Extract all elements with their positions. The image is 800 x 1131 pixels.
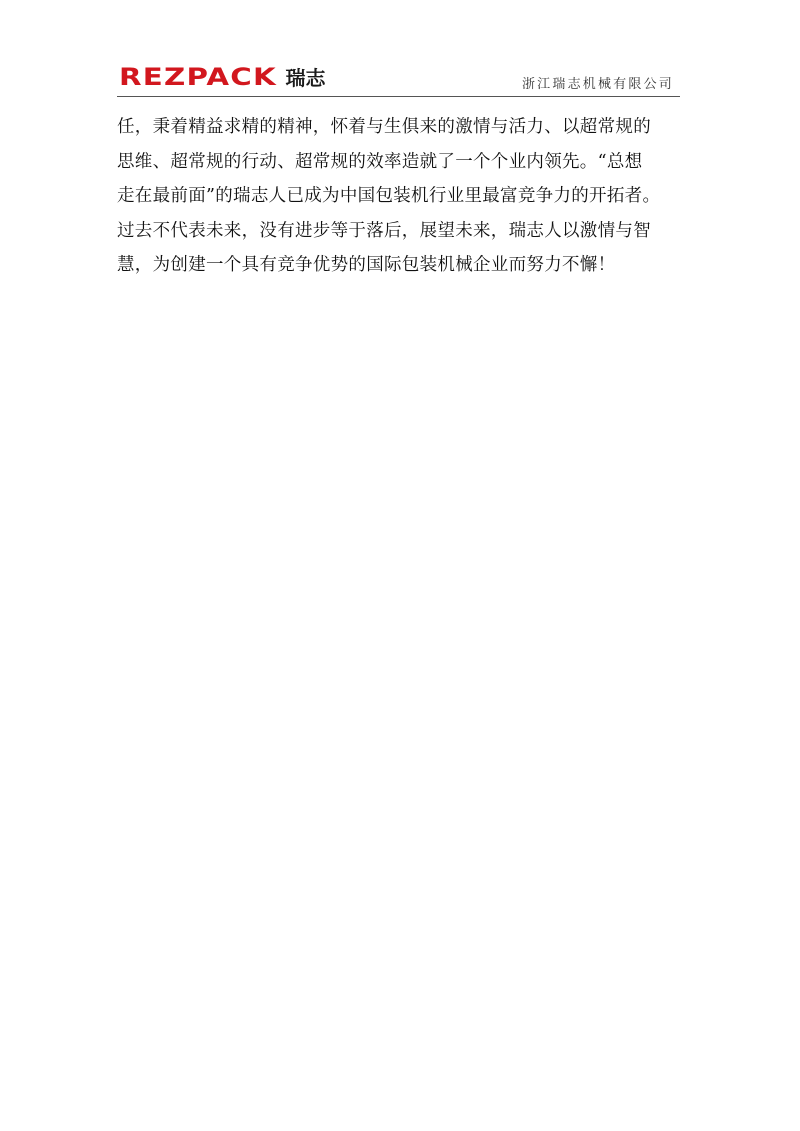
paragraph-line: 走在最前面”的瑞志人已成为中国包装机行业里最富竞争力的开拓者。 <box>117 179 687 214</box>
paragraph-line: 任，秉着精益求精的精神，怀着与生俱来的激情与活力、以超常规的 <box>117 110 687 145</box>
header-divider <box>117 96 680 97</box>
logo-chinese-name: 瑞志 <box>285 64 325 92</box>
paragraph-line: 慧，为创建一个具有竞争优势的国际包装机械企业而努力不懈！ <box>117 248 687 283</box>
body-text: 任，秉着精益求精的精神，怀着与生俱来的激情与活力、以超常规的 思维、超常规的行动… <box>117 110 687 283</box>
paragraph-line: 过去不代表未来，没有进步等于落后，展望未来，瑞志人以激情与智 <box>117 214 687 249</box>
paragraph-line: 思维、超常规的行动、超常规的效率造就了一个个业内领先。“总想 <box>117 145 687 180</box>
logo-wordmark: REZPACK <box>119 63 277 91</box>
page-header: REZPACK 瑞志 浙江瑞志机械有限公司 <box>117 60 680 97</box>
company-name: 浙江瑞志机械有限公司 <box>522 76 674 94</box>
company-logo: REZPACK 瑞志 <box>119 63 325 92</box>
